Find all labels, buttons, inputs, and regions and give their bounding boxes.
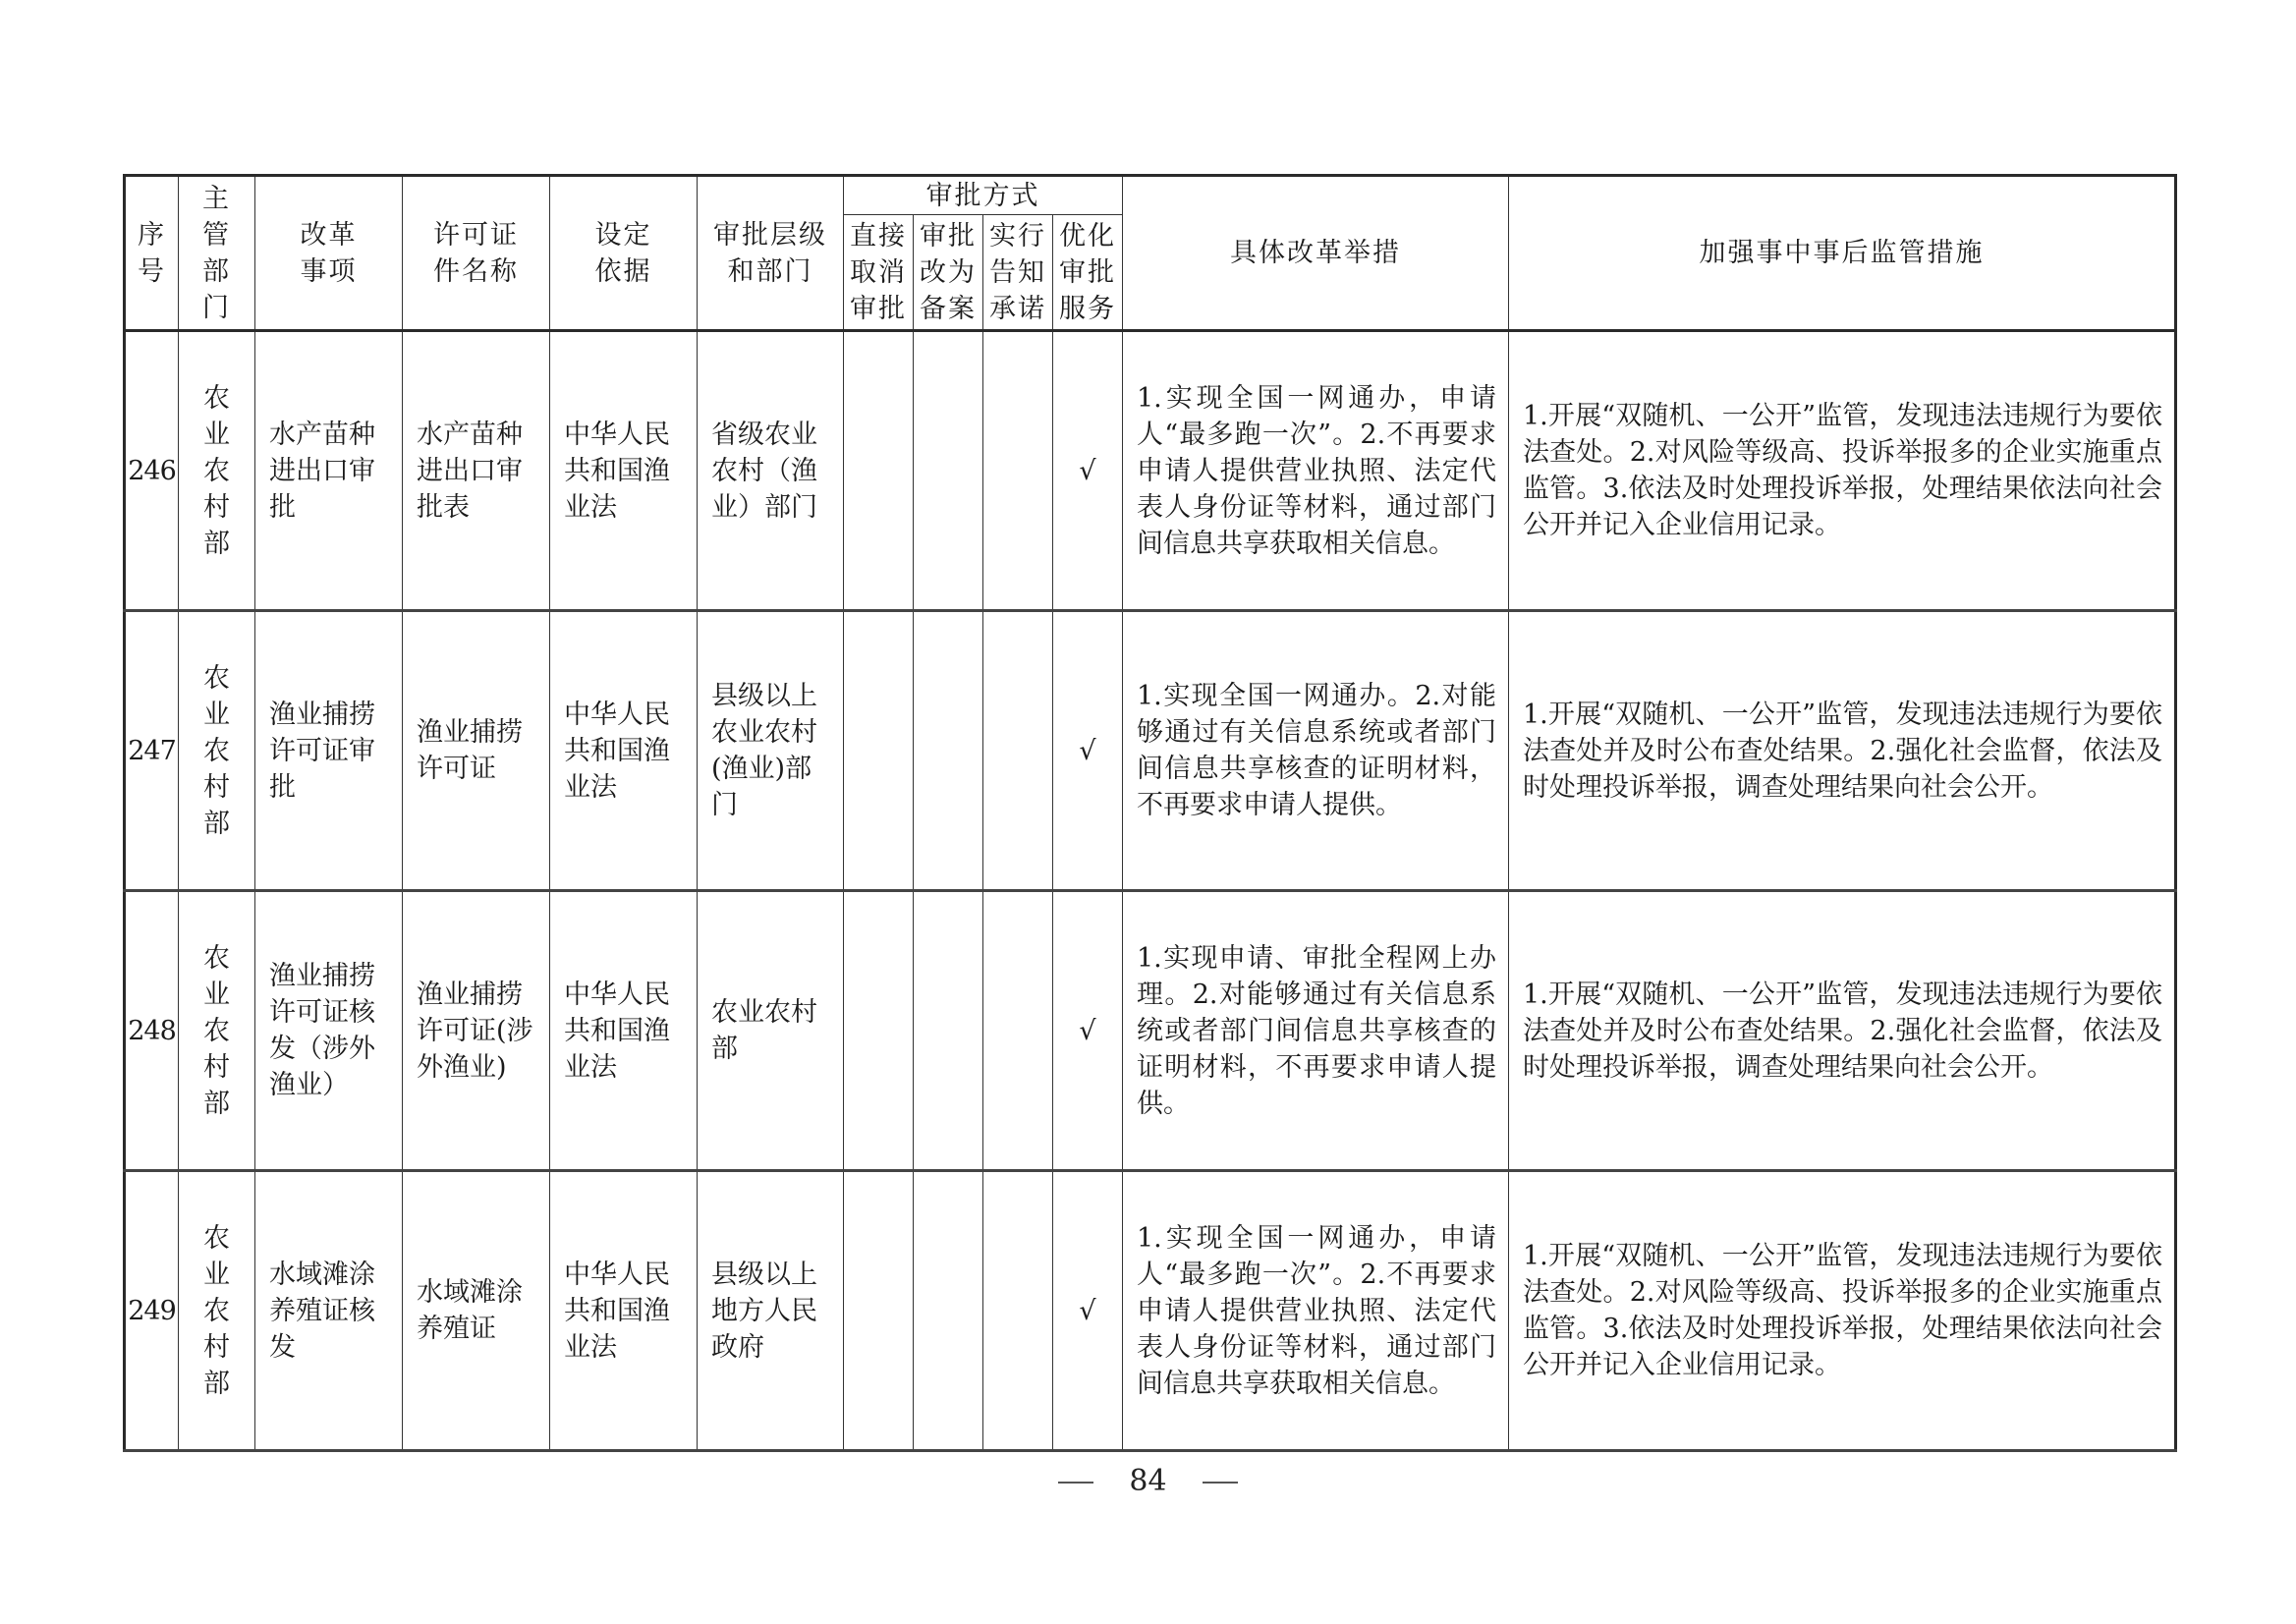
row-measures: 1.实现全国一网通办。2.对能够通过有关信息系统或者部门间信息共享核查的证明材料…: [1123, 611, 1509, 891]
row-basis: 中华人民共和国渔业法: [550, 891, 698, 1171]
row-notify: [983, 891, 1053, 1171]
row-license: 渔业捕捞许可证(涉外渔业): [403, 891, 550, 1171]
row-measures: 1.实现全国一网通办，申请人“最多跑一次”。2.不再要求申请人提供营业执照、法定…: [1123, 1171, 1509, 1451]
table-row: 249 农业农村部 水域滩涂养殖证核发 水域滩涂养殖证 中华人民共和国渔业法 县…: [125, 1171, 2176, 1451]
row-measures: 1.实现全国一网通办，申请人“最多跑一次”。2.不再要求申请人提供营业执照、法定…: [1123, 331, 1509, 611]
row-measures: 1.实现申请、审批全程网上办理。2.对能够通过有关信息系统或者部门间信息共享核查…: [1123, 891, 1509, 1171]
row-item: 渔业捕捞许可证审批: [255, 611, 403, 891]
row-basis: 中华人民共和国渔业法: [550, 1171, 698, 1451]
row-level: 县级以上农业农村(渔业)部门: [698, 611, 844, 891]
row-license: 水域滩涂养殖证: [403, 1171, 550, 1451]
checkmark-icon: √: [1053, 331, 1123, 611]
row-basis: 中华人民共和国渔业法: [550, 611, 698, 891]
header-basis: 设定依据: [550, 176, 698, 331]
row-filing: [914, 1171, 983, 1451]
row-filing: [914, 891, 983, 1171]
header-supervision: 加强事中事后监管措施: [1509, 176, 2176, 331]
checkmark-icon: √: [1053, 611, 1123, 891]
header-method-filing: 审批改为备案: [914, 215, 983, 331]
checkmark-icon: √: [1053, 891, 1123, 1171]
row-supervision: 1.开展“双随机、一公开”监管，发现违法违规行为要依法查处并及时公布查处结果。2…: [1509, 891, 2176, 1171]
page-footer: 84: [0, 1464, 2296, 1498]
row-license: 渔业捕捞许可证: [403, 611, 550, 891]
row-supervision: 1.开展“双随机、一公开”监管，发现违法违规行为要依法查处。2.对风险等级高、投…: [1509, 1171, 2176, 1451]
header-seq: 序号: [125, 176, 179, 331]
row-seq: 246: [125, 331, 179, 611]
header-dept: 主管部门: [179, 176, 255, 331]
row-level: 省级农业农村（渔业）部门: [698, 331, 844, 611]
header-level: 审批层级和部门: [698, 176, 844, 331]
row-basis: 中华人民共和国渔业法: [550, 331, 698, 611]
row-item: 渔业捕捞许可证核发（涉外渔业）: [255, 891, 403, 1171]
row-seq: 248: [125, 891, 179, 1171]
checkmark-icon: √: [1053, 1171, 1123, 1451]
row-supervision: 1.开展“双随机、一公开”监管，发现违法违规行为要依法查处。2.对风险等级高、投…: [1509, 331, 2176, 611]
row-filing: [914, 611, 983, 891]
row-supervision: 1.开展“双随机、一公开”监管，发现违法违规行为要依法查处并及时公布查处结果。2…: [1509, 611, 2176, 891]
row-level: 农业农村部: [698, 891, 844, 1171]
table-row: 247 农业农村部 渔业捕捞许可证审批 渔业捕捞许可证 中华人民共和国渔业法 县…: [125, 611, 2176, 891]
row-dept: 农业农村部: [203, 380, 231, 562]
page-number: 84: [1129, 1464, 1166, 1498]
row-notify: [983, 331, 1053, 611]
header-license: 许可证件名称: [403, 176, 550, 331]
reform-table: 序号 主管部门 改革事项 许可证件名称 设定依据 审批层级和部门 审批方式 具体…: [123, 174, 2177, 1452]
row-seq: 247: [125, 611, 179, 891]
row-notify: [983, 611, 1053, 891]
header-measures: 具体改革举措: [1123, 176, 1509, 331]
header-method-cancel: 直接取消审批: [844, 215, 914, 331]
row-item: 水产苗种进出口审批: [255, 331, 403, 611]
row-dept: 农业农村部: [203, 1220, 231, 1402]
row-cancel: [844, 331, 914, 611]
table-row: 248 农业农村部 渔业捕捞许可证核发（涉外渔业） 渔业捕捞许可证(涉外渔业) …: [125, 891, 2176, 1171]
document-page: 序号 主管部门 改革事项 许可证件名称 设定依据 审批层级和部门 审批方式 具体…: [0, 0, 2296, 1624]
row-cancel: [844, 611, 914, 891]
row-notify: [983, 1171, 1053, 1451]
row-cancel: [844, 1171, 914, 1451]
row-seq: 249: [125, 1171, 179, 1451]
dash-left: [1058, 1482, 1093, 1484]
row-dept: 农业农村部: [203, 940, 231, 1122]
row-level: 县级以上地方人民政府: [698, 1171, 844, 1451]
dash-right: [1203, 1482, 1238, 1484]
header-method-notify: 实行告知承诺: [983, 215, 1053, 331]
row-cancel: [844, 891, 914, 1171]
header-item: 改革事项: [255, 176, 403, 331]
row-item: 水域滩涂养殖证核发: [255, 1171, 403, 1451]
table-row: 246 农业农村部 水产苗种进出口审批 水产苗种进出口审批表 中华人民共和国渔业…: [125, 331, 2176, 611]
header-method-optimize: 优化审批服务: [1053, 215, 1123, 331]
row-filing: [914, 331, 983, 611]
header-method-group: 审批方式: [844, 176, 1123, 215]
row-dept: 农业农村部: [203, 660, 231, 842]
row-license: 水产苗种进出口审批表: [403, 331, 550, 611]
